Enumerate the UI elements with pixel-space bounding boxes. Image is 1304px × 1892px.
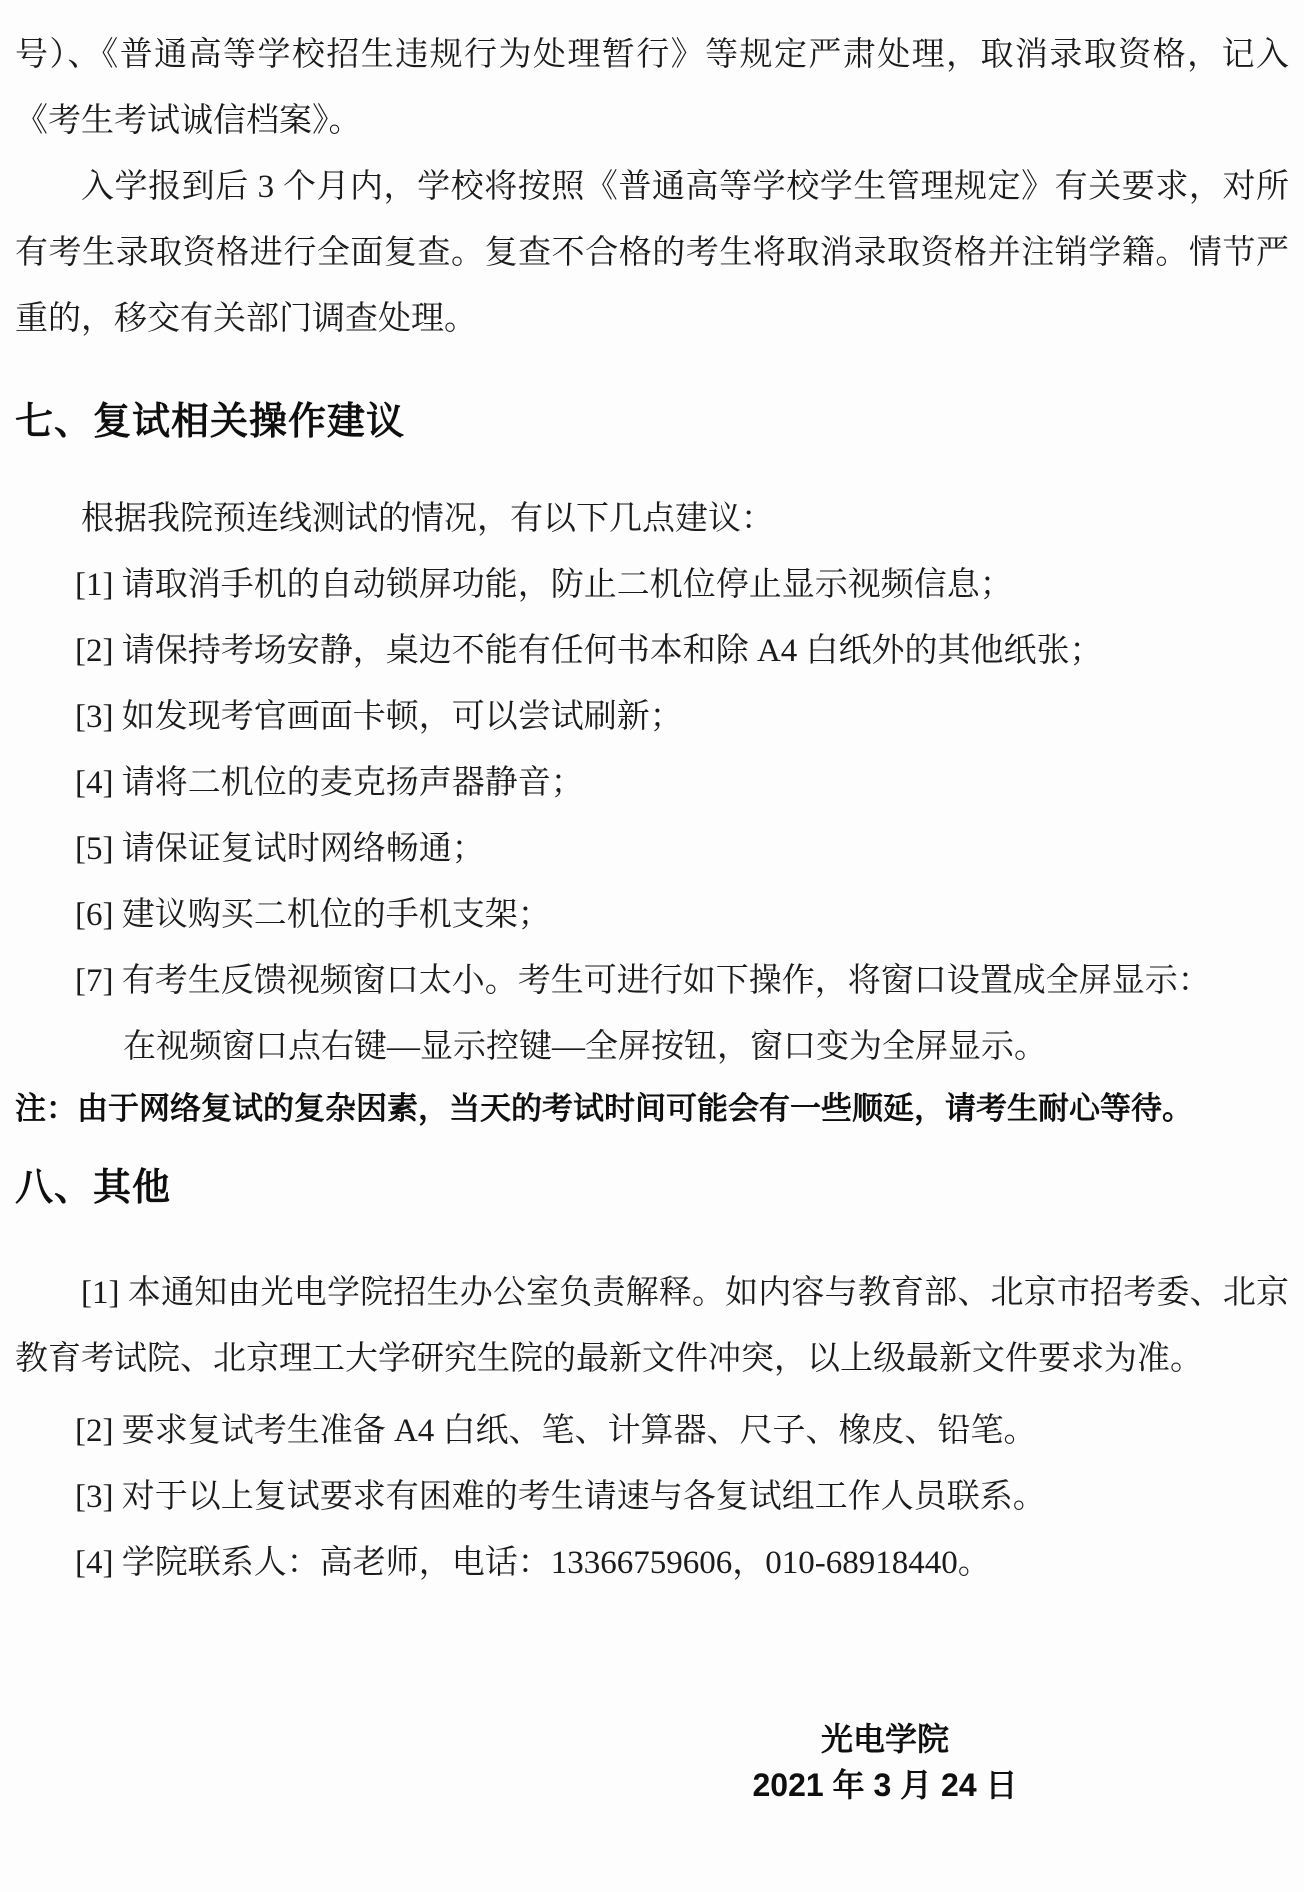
section-7-heading: 七、复试相关操作建议: [15, 400, 1289, 444]
other-item-1: [1] 本通知由光电学院招生办公室负责解释。如内容与教育部、北京市招考委、北京教…: [15, 1260, 1289, 1392]
section-8-heading: 八、其他: [15, 1166, 1289, 1210]
suggestion-item-1: [1] 请取消手机的自动锁屏功能，防止二机位停止显示视频信息；: [15, 552, 1289, 618]
signature-block: 光电学院 2021 年 3 月 24 日: [695, 1716, 1075, 1808]
suggestion-item-7: [7] 有考生反馈视频窗口太小。考生可进行如下操作，将窗口设置成全屏显示：: [15, 948, 1289, 1014]
other-item-2: [2] 要求复试考生准备 A4 白纸、笔、计算器、尺子、橡皮、铅笔。: [15, 1398, 1289, 1464]
document-page: 号）、《普通高等学校招生违规行为处理暂行》等规定严肃处理，取消录取资格，记入《考…: [0, 0, 1304, 1892]
suggestion-item-3: [3] 如发现考官画面卡顿，可以尝试刷新；: [15, 684, 1289, 750]
other-item-3: [3] 对于以上复试要求有困难的考生请速与各复试组工作人员联系。: [15, 1464, 1289, 1530]
signature-date: 2021 年 3 月 24 日: [695, 1762, 1075, 1808]
section-7-lead: 根据我院预连线测试的情况，有以下几点建议：: [15, 486, 1289, 552]
note-line: 注：由于网络复试的复杂因素，当天的考试时间可能会有一些顺延，请考生耐心等待。: [15, 1076, 1289, 1142]
suggestion-item-7-subline: 在视频窗口点右键—显示控键—全屏按钮，窗口变为全屏显示。: [15, 1014, 1289, 1080]
suggestion-item-2: [2] 请保持考场安静，桌边不能有任何书本和除 A4 白纸外的其他纸张；: [15, 618, 1289, 684]
suggestion-item-6: [6] 建议购买二机位的手机支架；: [15, 882, 1289, 948]
other-item-4: [4] 学院联系人：高老师，电话：13366759606，010-6891844…: [15, 1530, 1289, 1596]
suggestion-item-4: [4] 请将二机位的麦克扬声器静音；: [15, 750, 1289, 816]
paragraph-enrollment-recheck: 入学报到后 3 个月内，学校将按照《普通高等学校学生管理规定》有关要求，对所有考…: [15, 154, 1289, 352]
suggestion-item-5: [5] 请保证复试时网络畅通；: [15, 816, 1289, 882]
continuation-paragraph: 号）、《普通高等学校招生违规行为处理暂行》等规定严肃处理，取消录取资格，记入《考…: [15, 22, 1289, 154]
signature: 光电学院: [695, 1716, 1075, 1762]
